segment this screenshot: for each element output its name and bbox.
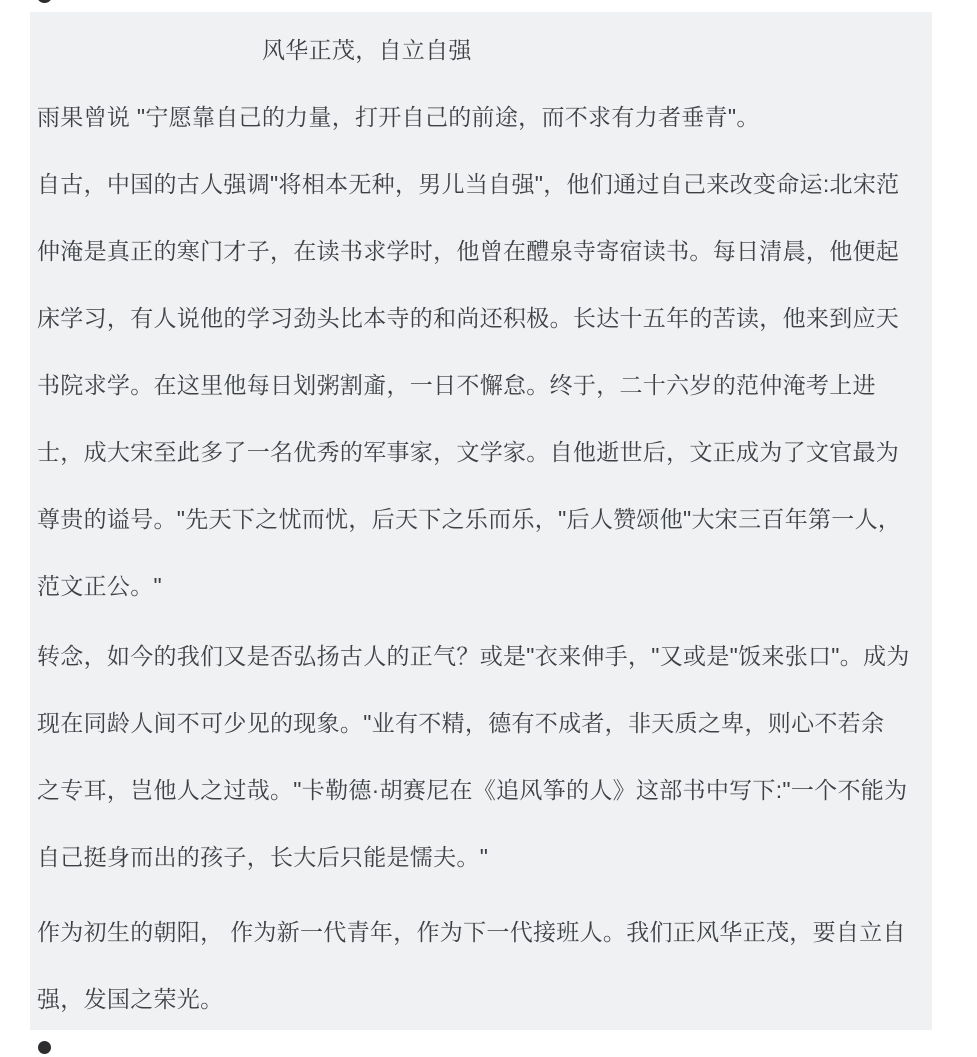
paragraph-intro: 雨果曾说 "宁愿靠自己的力量，打开自己的前途，而不求有力者垂青"。 [37, 84, 926, 151]
paragraph-conclusion: 作为初生的朝阳， 作为新一代青年，作为下一代接班人。我们正风华正茂，要自立自 强… [37, 899, 926, 1030]
document-title: 风华正茂，自立自强 [37, 17, 926, 84]
paragraph-reflection: 转念，如今的我们又是否弘扬古人的正气？或是"衣来伸手，"又或是"饭来张口"。成为… [37, 623, 926, 891]
selection-handle-bottom[interactable] [38, 1041, 51, 1054]
document-page[interactable]: 风华正茂，自立自强 雨果曾说 "宁愿靠自己的力量，打开自己的前途，而不求有力者垂… [30, 12, 932, 1030]
paragraph-fan-zhongyan: 自古，中国的古人强调"将相本无种，男儿当自强"，他们通过自己来改变命运:北宋范 … [37, 151, 926, 620]
selection-handle-top[interactable] [37, 0, 52, 3]
